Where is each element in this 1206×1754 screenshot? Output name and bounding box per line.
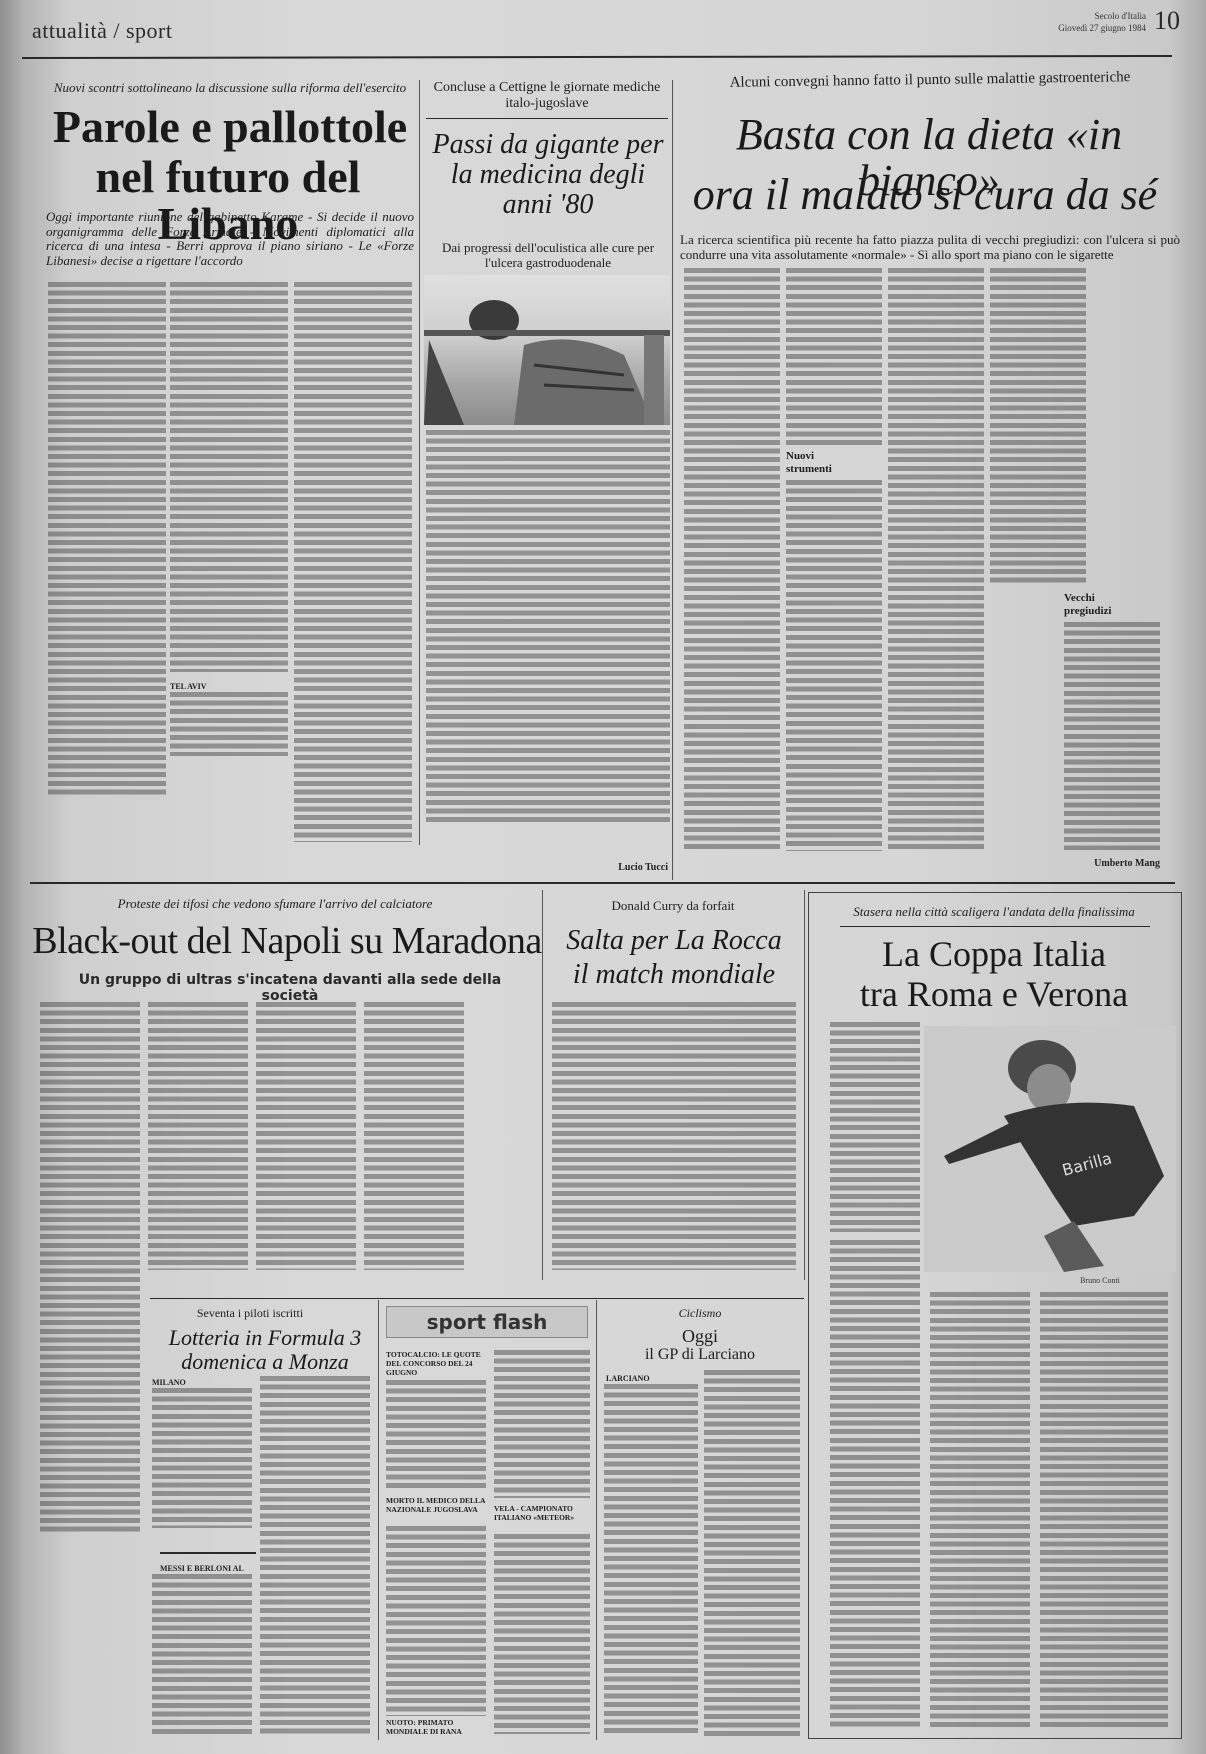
formula3-headline-1: Lotteria in Formula 3	[150, 1326, 380, 1349]
divider	[426, 118, 668, 119]
coppa-body-col1b	[830, 1240, 920, 1730]
issue-date: Giovedì 27 giugno 1984	[1058, 22, 1146, 34]
divider	[378, 1300, 379, 1740]
ciclismo-kicker: Ciclismo	[600, 1306, 800, 1321]
formula3-kicker: Seventa i piloti iscritti	[150, 1306, 350, 1321]
sport-flash-item: VELA - CAMPIONATO ITALIANO «METEOR»	[494, 1504, 590, 1522]
divider	[840, 926, 1150, 927]
sport-flash-body-col2b	[494, 1534, 590, 1734]
dieta-body-col2a	[786, 268, 882, 446]
ciclismo-headline-1: Oggi	[600, 1326, 800, 1347]
dieta-body-col1	[684, 268, 780, 851]
section-rule	[30, 882, 1175, 884]
medicina-photo	[424, 275, 670, 425]
dieta-body-col4b	[1064, 622, 1160, 850]
formula3-body-col1	[152, 1388, 252, 1528]
coppa-headline-2: tra Roma e Verona	[812, 976, 1176, 1013]
boxe-headline-1: Salta per La Rocca	[548, 926, 800, 955]
dieta-subhead-vecchi: Vecchi pregiudizi	[1064, 592, 1144, 618]
libano-deck: Oggi importante riunione del gabinetto K…	[46, 210, 414, 268]
napoli-headline: Black-out del Napoli su Maradona	[32, 922, 542, 961]
divider	[672, 80, 673, 880]
coppa-kicker: Stasera nella città scaligera l'andata d…	[812, 904, 1176, 920]
divider	[542, 890, 543, 1280]
footballer-photo-icon: Barilla	[924, 1026, 1176, 1272]
medicina-deck: Dai progressi dell'oculistica alle cure …	[424, 240, 672, 270]
sport-flash-item: MORTO IL MEDICO DELLA NAZIONALE JUGOSLAV…	[386, 1496, 486, 1514]
divider	[804, 890, 805, 1280]
page-number: 10	[1154, 6, 1180, 36]
libano-body-col1	[48, 282, 166, 797]
coppa-headline-1: La Coppa Italia	[812, 936, 1176, 973]
section-rule	[150, 1298, 804, 1299]
coppa-photo-caption: Bruno Conti	[1040, 1276, 1160, 1285]
formula3-body-col1b	[152, 1574, 252, 1736]
dieta-body-col4a	[990, 268, 1086, 583]
sport-flash-body-col1	[386, 1380, 486, 1490]
divider	[596, 1300, 597, 1740]
formula3-body-col2	[260, 1376, 370, 1736]
ciclismo-body-col1	[604, 1384, 698, 1736]
dieta-kicker: Alcuni convegni hanno fatto il punto sul…	[680, 69, 1180, 93]
sport-flash-item: NUOTO: PRIMATO MONDIALE DI RANA	[386, 1718, 486, 1736]
napoli-body-col3	[256, 1002, 356, 1270]
libano-kicker: Nuovi scontri sottolineano la discussion…	[46, 80, 414, 96]
coppa-body-col2	[930, 1292, 1030, 1730]
section-title: attualità / sport	[32, 18, 172, 44]
paper-name: Secolo d'Italia	[1058, 10, 1146, 22]
coppa-body-col3	[1040, 1292, 1168, 1730]
divider	[160, 1552, 256, 1554]
boxe-body	[552, 1002, 796, 1270]
libano-body-col3	[294, 282, 412, 842]
dieta-byline: Umberto Mang	[1060, 858, 1160, 869]
napoli-body-col1	[40, 1002, 140, 1532]
dieta-headline-2: ora il malato si cura da sé	[680, 172, 1170, 218]
coppa-photo: Barilla	[924, 1026, 1176, 1272]
napoli-kicker: Proteste dei tifosi che vedono sfumare l…	[60, 896, 490, 912]
napoli-body-col4	[364, 1002, 464, 1270]
sport-flash-item: TOTOCALCIO: LE QUOTE DEL CONCORSO DEL 24…	[386, 1350, 486, 1377]
coppa-body-col1	[830, 1022, 920, 1232]
sport-flash-title: sport flash	[386, 1306, 588, 1338]
ciclismo-headline-2: il GP di Larciano	[600, 1346, 800, 1364]
libano-body-col2b	[170, 692, 288, 756]
sport-flash-body-col1b	[386, 1526, 486, 1716]
libano-body-col2	[170, 282, 288, 672]
ciclismo-body-col2	[704, 1370, 800, 1736]
medicina-byline: Lucio Tucci	[560, 862, 668, 873]
medicina-body	[426, 430, 670, 822]
napoli-body-col2	[148, 1002, 248, 1270]
napoli-subheadline: Un gruppo di ultras s'incatena davanti a…	[50, 972, 530, 1004]
masthead-info: Secolo d'Italia Giovedì 27 giugno 1984	[1058, 10, 1146, 34]
dieta-body-col3	[888, 268, 984, 851]
sport-flash-body-col2	[494, 1350, 590, 1498]
libano-headline-1: Parole e pallottole	[40, 104, 420, 151]
boxe-headline-2: il match mondiale	[548, 960, 800, 989]
formula3-headline-2: domenica a Monza	[150, 1350, 380, 1373]
dieta-subhead-nuovi: Nuovi strumenti	[786, 450, 856, 476]
medicina-kicker: Concluse a Cettigne le giornate mediche …	[422, 80, 672, 112]
surgery-photo-icon	[424, 275, 670, 425]
boxe-kicker: Donald Curry da forfait	[548, 898, 798, 914]
masthead-rule	[22, 55, 1172, 59]
medicina-headline: Passi da gigante per la medicina degli a…	[426, 130, 670, 220]
divider	[419, 80, 420, 845]
dieta-deck: La ricerca scientifica più recente ha fa…	[680, 232, 1180, 262]
dieta-body-col2b	[786, 480, 882, 851]
